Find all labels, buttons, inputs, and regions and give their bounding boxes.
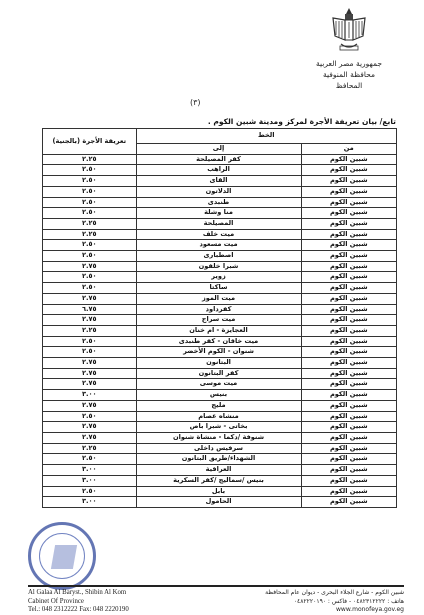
cell-to: العراقية bbox=[136, 465, 301, 476]
table-row: شبين الكومسرفيس داخلى٢.٢٥ bbox=[43, 443, 397, 454]
cell-fare: ٢.٢٥ bbox=[43, 154, 137, 165]
cell-fare: ٢.٧٥ bbox=[43, 379, 137, 390]
cell-to: البتانون bbox=[136, 358, 301, 369]
table-row: شبين الكومبنيس /سماليج /كفر السكرية٣.٠٠ bbox=[43, 475, 397, 486]
cell-from: شبين الكوم bbox=[301, 325, 396, 336]
table-row: شبين الكومميت خلف٢.٢٥ bbox=[43, 229, 397, 240]
cell-to: الحامول bbox=[136, 497, 301, 508]
table-row: شبين الكومميت الموز٢.٧٥ bbox=[43, 293, 397, 304]
table-row: شبين الكومميت سراج٢.٧٥ bbox=[43, 315, 397, 326]
cell-from: شبين الكوم bbox=[301, 443, 396, 454]
cell-from: شبين الكوم bbox=[301, 197, 396, 208]
cell-to: شبرا خلفون bbox=[136, 261, 301, 272]
cell-to: شنوان - الكوم الأخضر bbox=[136, 347, 301, 358]
cell-from: شبين الكوم bbox=[301, 165, 396, 176]
table-row: شبين الكومبابل٢.٥٠ bbox=[43, 486, 397, 497]
cell-fare: ٢.٧٥ bbox=[43, 293, 137, 304]
table-row: شبين الكومالدلاتون٢.٥٠ bbox=[43, 186, 397, 197]
cell-to: ميت خلف bbox=[136, 229, 301, 240]
cell-fare: ٢.٥٠ bbox=[43, 208, 137, 219]
cell-from: شبين الكوم bbox=[301, 454, 396, 465]
table-row: شبين الكومالبتانون٢.٧٥ bbox=[43, 358, 397, 369]
cell-to: ميت مسعود bbox=[136, 240, 301, 251]
table-row: شبين الكومطنبدى٢.٥٠ bbox=[43, 197, 397, 208]
cell-fare: ٢.٧٥ bbox=[43, 400, 137, 411]
cell-fare: ٢.٥٠ bbox=[43, 165, 137, 176]
table-row: شبين الكومكفر البتانون٢.٧٥ bbox=[43, 368, 397, 379]
table-row: شبين الكومالراهب٢.٥٠ bbox=[43, 165, 397, 176]
cell-fare: ٢.٥٠ bbox=[43, 454, 137, 465]
cell-from: شبين الكوم bbox=[301, 315, 396, 326]
cell-fare: ٢.٧٥ bbox=[43, 261, 137, 272]
cell-to: المصيلحة bbox=[136, 218, 301, 229]
footer-arabic: شبين الكوم - شارع الجلاء البحرى - ديوان … bbox=[265, 589, 404, 615]
cell-from: شبين الكوم bbox=[301, 347, 396, 358]
header-from: من bbox=[301, 144, 396, 155]
cell-fare: ٢.٧٥ bbox=[43, 368, 137, 379]
cell-fare: ٣.٠٠ bbox=[43, 465, 137, 476]
cell-fare: ٦.٧٥ bbox=[43, 304, 137, 315]
cell-to: الراهب bbox=[136, 165, 301, 176]
table-row: شبين الكومميت مسعود٢.٥٠ bbox=[43, 240, 397, 251]
table-row: شبين الكومشنوفة /دكما - منشاة شنوان٢.٧٥ bbox=[43, 432, 397, 443]
cell-fare: ٢.٧٥ bbox=[43, 422, 137, 433]
cell-from: شبين الكوم bbox=[301, 261, 396, 272]
cell-from: شبين الكوم bbox=[301, 208, 396, 219]
table-row: شبين الكومالعجايزة - ام خنان٢.٢٥ bbox=[43, 325, 397, 336]
header-to: إلى bbox=[136, 144, 301, 155]
cell-to: شنوفة /دكما - منشاة شنوان bbox=[136, 432, 301, 443]
cell-to: بنيس /سماليج /كفر السكرية bbox=[136, 475, 301, 486]
cell-fare: ٢.٢٥ bbox=[43, 443, 137, 454]
cell-fare: ٣.٠٠ bbox=[43, 497, 137, 508]
fare-table-body: شبين الكومكفر المصيلحة٢.٢٥شبين الكومالرا… bbox=[43, 154, 397, 507]
page-number: (٣) bbox=[190, 98, 201, 107]
cell-fare: ٢.٧٥ bbox=[43, 358, 137, 369]
letterhead-country: جمهورية مصر العربية bbox=[294, 58, 404, 69]
cell-to: بابل bbox=[136, 486, 301, 497]
eagle-emblem-icon bbox=[329, 6, 369, 54]
cell-from: شبين الكوم bbox=[301, 379, 396, 390]
cell-fare: ٢.٥٠ bbox=[43, 176, 137, 187]
cell-fare: ٢.٧٥ bbox=[43, 432, 137, 443]
cell-from: شبين الكوم bbox=[301, 336, 396, 347]
table-row: شبين الكومكفر المصيلحة٢.٢٥ bbox=[43, 154, 397, 165]
cell-fare: ٢.٥٠ bbox=[43, 197, 137, 208]
cell-from: شبين الكوم bbox=[301, 497, 396, 508]
table-row: شبين الكومالعراقية٣.٠٠ bbox=[43, 465, 397, 476]
cell-from: شبين الكوم bbox=[301, 465, 396, 476]
seal-stamp-icon bbox=[28, 522, 96, 590]
footer-cabinet-en: Cabinet Of Province bbox=[28, 598, 129, 607]
footer-divider bbox=[28, 585, 404, 587]
cell-from: شبين الكوم bbox=[301, 272, 396, 283]
cell-to: كفر البتانون bbox=[136, 368, 301, 379]
cell-to: بنيس bbox=[136, 390, 301, 401]
table-row: شبين الكوماصطبارى٢.٥٠ bbox=[43, 251, 397, 262]
cell-to: ميت سراج bbox=[136, 315, 301, 326]
cell-fare: ٢.٥٠ bbox=[43, 251, 137, 262]
letterhead-governor: المحافظ bbox=[294, 80, 404, 91]
cell-to: ميت الموز bbox=[136, 293, 301, 304]
table-row: شبين الكومكفرداود٦.٧٥ bbox=[43, 304, 397, 315]
cell-from: شبين الكوم bbox=[301, 304, 396, 315]
cell-to: الشهداء/طريق البتانون bbox=[136, 454, 301, 465]
cell-fare: ٢.٢٥ bbox=[43, 325, 137, 336]
cell-fare: ٢.٥٠ bbox=[43, 411, 137, 422]
footer-website: www.monofeya.gov.eg bbox=[265, 606, 404, 615]
cell-fare: ٢.٢٥ bbox=[43, 229, 137, 240]
cell-fare: ٢.٥٠ bbox=[43, 336, 137, 347]
cell-to: الدلاتون bbox=[136, 186, 301, 197]
cell-to: كفرداود bbox=[136, 304, 301, 315]
header-line: الخط bbox=[136, 129, 397, 144]
cell-to: منا وشلة bbox=[136, 208, 301, 219]
cell-from: شبين الكوم bbox=[301, 400, 396, 411]
cell-from: شبين الكوم bbox=[301, 486, 396, 497]
table-row: شبين الكومزوير٢.٥٠ bbox=[43, 272, 397, 283]
table-row: شبين الكومالشهداء/طريق البتانون٢.٥٠ bbox=[43, 454, 397, 465]
cell-fare: ٢.٢٥ bbox=[43, 218, 137, 229]
table-row: شبين الكومشبرا خلفون٢.٧٥ bbox=[43, 261, 397, 272]
footer-address-en: Al Galaa Al Baryst., Shibin Al Kom bbox=[28, 589, 129, 598]
footer-address-ar: شبين الكوم - شارع الجلاء البحرى - ديوان … bbox=[265, 589, 404, 598]
cell-from: شبين الكوم bbox=[301, 390, 396, 401]
table-row: شبين الكوممليج٢.٧٥ bbox=[43, 400, 397, 411]
table-row: شبين الكومالقاى٢.٥٠ bbox=[43, 176, 397, 187]
cell-to: كفر المصيلحة bbox=[136, 154, 301, 165]
cell-fare: ٣.٠٠ bbox=[43, 390, 137, 401]
table-row: شبين الكوممنشاه عصام٢.٥٠ bbox=[43, 411, 397, 422]
cell-from: شبين الكوم bbox=[301, 218, 396, 229]
table-row: شبين الكومساكتا٢.٥٠ bbox=[43, 283, 397, 294]
table-row: شبين الكومبنيس٣.٠٠ bbox=[43, 390, 397, 401]
cell-fare: ٢.٥٠ bbox=[43, 347, 137, 358]
cell-fare: ٢.٥٠ bbox=[43, 486, 137, 497]
cell-to: سرفيس داخلى bbox=[136, 443, 301, 454]
cell-fare: ٣.٠٠ bbox=[43, 475, 137, 486]
cell-from: شبين الكوم bbox=[301, 422, 396, 433]
cell-from: شبين الكوم bbox=[301, 283, 396, 294]
footer-phone-ar: هاتف : ٠٤٨٢٣١٢٢٢٢ - فاكس : ٠٤٨٢٢٢٠١٩٠ bbox=[265, 598, 404, 607]
cell-from: شبين الكوم bbox=[301, 368, 396, 379]
cell-from: شبين الكوم bbox=[301, 154, 396, 165]
cell-fare: ٢.٥٠ bbox=[43, 186, 137, 197]
table-row: شبين الكومالحامول٣.٠٠ bbox=[43, 497, 397, 508]
cell-to: بخاتى - شبرا باص bbox=[136, 422, 301, 433]
cell-from: شبين الكوم bbox=[301, 251, 396, 262]
table-row: شبين الكومالمصيلحة٢.٢٥ bbox=[43, 218, 397, 229]
cell-to: منشاه عصام bbox=[136, 411, 301, 422]
cell-fare: ٢.٥٠ bbox=[43, 283, 137, 294]
table-row: شبين الكومبخاتى - شبرا باص٢.٧٥ bbox=[43, 422, 397, 433]
cell-to: ميت موسى bbox=[136, 379, 301, 390]
cell-fare: ٢.٥٠ bbox=[43, 240, 137, 251]
letterhead-governorate: محافظة المنوفية bbox=[294, 69, 404, 80]
cell-from: شبين الكوم bbox=[301, 240, 396, 251]
cell-to: طنبدى bbox=[136, 197, 301, 208]
cell-fare: ٢.٧٥ bbox=[43, 315, 137, 326]
fare-table: الخط تعريفة الأجرة (بالجنية) من إلى شبين… bbox=[42, 128, 397, 508]
cell-from: شبين الكوم bbox=[301, 186, 396, 197]
letterhead: جمهورية مصر العربية محافظة المنوفية المح… bbox=[294, 6, 404, 91]
table-row: شبين الكومميت خاقان - كفر طنبدى٢.٥٠ bbox=[43, 336, 397, 347]
cell-from: شبين الكوم bbox=[301, 176, 396, 187]
cell-to: زوير bbox=[136, 272, 301, 283]
cell-from: شبين الكوم bbox=[301, 293, 396, 304]
cell-from: شبين الكوم bbox=[301, 432, 396, 443]
cell-to: القاى bbox=[136, 176, 301, 187]
cell-fare: ٢.٥٠ bbox=[43, 272, 137, 283]
table-row: شبين الكومميت موسى٢.٧٥ bbox=[43, 379, 397, 390]
footer-english: Al Galaa Al Baryst., Shibin Al Kom Cabin… bbox=[28, 589, 129, 615]
cell-from: شبين الكوم bbox=[301, 229, 396, 240]
cell-to: ميت خاقان - كفر طنبدى bbox=[136, 336, 301, 347]
table-row: شبين الكومشنوان - الكوم الأخضر٢.٥٠ bbox=[43, 347, 397, 358]
cell-from: شبين الكوم bbox=[301, 358, 396, 369]
cell-from: شبين الكوم bbox=[301, 475, 396, 486]
footer-phone-en: Tel.: 048 2312222 Fax: 048 2220190 bbox=[28, 606, 129, 615]
cell-from: شبين الكوم bbox=[301, 411, 396, 422]
cell-to: العجايزة - ام خنان bbox=[136, 325, 301, 336]
cell-to: اصطبارى bbox=[136, 251, 301, 262]
cell-to: مليج bbox=[136, 400, 301, 411]
document-title: تابع/ بيان تعريفة الأجرة لمركز ومدينة شب… bbox=[208, 117, 396, 126]
cell-to: ساكتا bbox=[136, 283, 301, 294]
header-fare: تعريفة الأجرة (بالجنية) bbox=[43, 129, 137, 155]
table-row: شبين الكوممنا وشلة٢.٥٠ bbox=[43, 208, 397, 219]
